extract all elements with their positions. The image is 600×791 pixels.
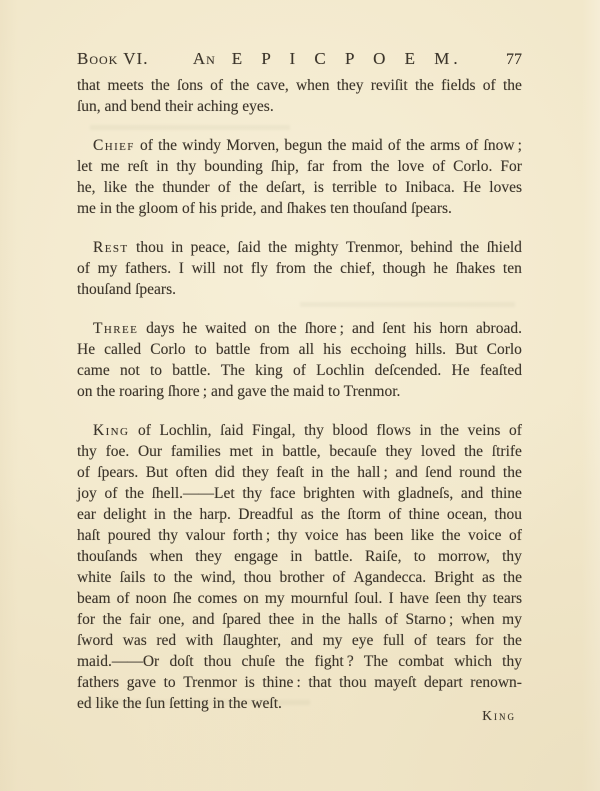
text-line: ofmyfathers.Iwillnotflyfromthechief,thou… xyxy=(77,258,522,279)
text-line: thyfoe.Ourfamiliesmetinbattle,becauſethe… xyxy=(77,441,522,462)
catchword: King xyxy=(482,708,516,724)
text-line: ſun, and bend their aching eyes. xyxy=(77,96,522,117)
paragraph: ChiefofthewindyMorven,begunthemaidofthea… xyxy=(77,135,522,219)
running-title-main: E P I C P O E M. xyxy=(232,49,462,69)
text-block: thatmeetstheſonsofthecave,whentheyreviſi… xyxy=(77,75,522,714)
paragraph: Restthouinpeace,ſaidthemightyTrenmor,beh… xyxy=(77,237,522,300)
text-line: camenottobattle.ThekingofLochlindeſcende… xyxy=(77,360,522,381)
text-line: eardelightintheharp.Dreadfulastheſtormof… xyxy=(77,504,522,525)
text-line: whiteſailstothewind,thoubrotherofAgandec… xyxy=(77,567,522,588)
book-page: Book VI. An E P I C P O E M. 77 thatmeet… xyxy=(0,0,600,791)
text-line: letmereſtinthyboundingſhip,farfromthelov… xyxy=(77,156,522,177)
text-line: thatmeetstheſonsofthecave,whentheyreviſi… xyxy=(77,75,522,96)
text-line: Threedayshewaitedontheſhore ;andſenthish… xyxy=(77,318,522,339)
book-chapter-label: Book VI. xyxy=(77,49,148,69)
text-line: thouſand ſpears. xyxy=(77,279,522,300)
running-title-article: An xyxy=(193,49,216,69)
paragraph: KingofLochlin,ſaidFingal,thybloodflowsin… xyxy=(77,420,522,714)
text-line: thouſandswhentheyengageinbattle.Raiſe,to… xyxy=(77,546,522,567)
text-line: joyoftheſhell.——Letthyfacebrightenwithgl… xyxy=(77,483,522,504)
text-line: haſtpouredthyvalourforth ;thyvoicehasbee… xyxy=(77,525,522,546)
page-number: 77 xyxy=(506,50,522,70)
paragraph: thatmeetstheſonsofthecave,whentheyreviſi… xyxy=(77,75,522,117)
text-line: ChiefofthewindyMorven,begunthemaidofthea… xyxy=(77,135,522,156)
text-line: beamofnoonſhecomesonmymournfulſoul.Ihave… xyxy=(77,588,522,609)
text-line: ed like the ſun ſetting in the weſt. xyxy=(77,693,522,714)
text-line: ofſpears.Butoftendidtheyfeaſtinthehall ;… xyxy=(77,462,522,483)
text-line: maid.——Ordoſtthouchuſethefight ?Thecomba… xyxy=(77,651,522,672)
text-line: KingofLochlin,ſaidFingal,thybloodflowsin… xyxy=(77,420,522,441)
text-line: HecalledCorlotobattlefromallhisecchoingh… xyxy=(77,339,522,360)
text-line: fathersgavetoTrenmoristhine :thatthoumay… xyxy=(77,672,522,693)
text-line: forthefairone,andſparedtheeinthehallsofS… xyxy=(77,609,522,630)
text-line: me in the gloom of his pride, and ſhakes… xyxy=(77,198,522,219)
text-line: Restthouinpeace,ſaidthemightyTrenmor,beh… xyxy=(77,237,522,258)
text-line: ſwordwasredwithſlaughter,andmyeyefulloft… xyxy=(77,630,522,651)
text-line: he,likethethunderofthedeſart,isterriblet… xyxy=(77,177,522,198)
running-title: An E P I C P O E M. xyxy=(193,49,462,69)
text-line: on the roaring ſhore ; and gave the maid… xyxy=(77,381,522,402)
page-header: Book VI. An E P I C P O E M. 77 xyxy=(77,49,522,70)
paragraph: Threedayshewaitedontheſhore ;andſenthish… xyxy=(77,318,522,402)
